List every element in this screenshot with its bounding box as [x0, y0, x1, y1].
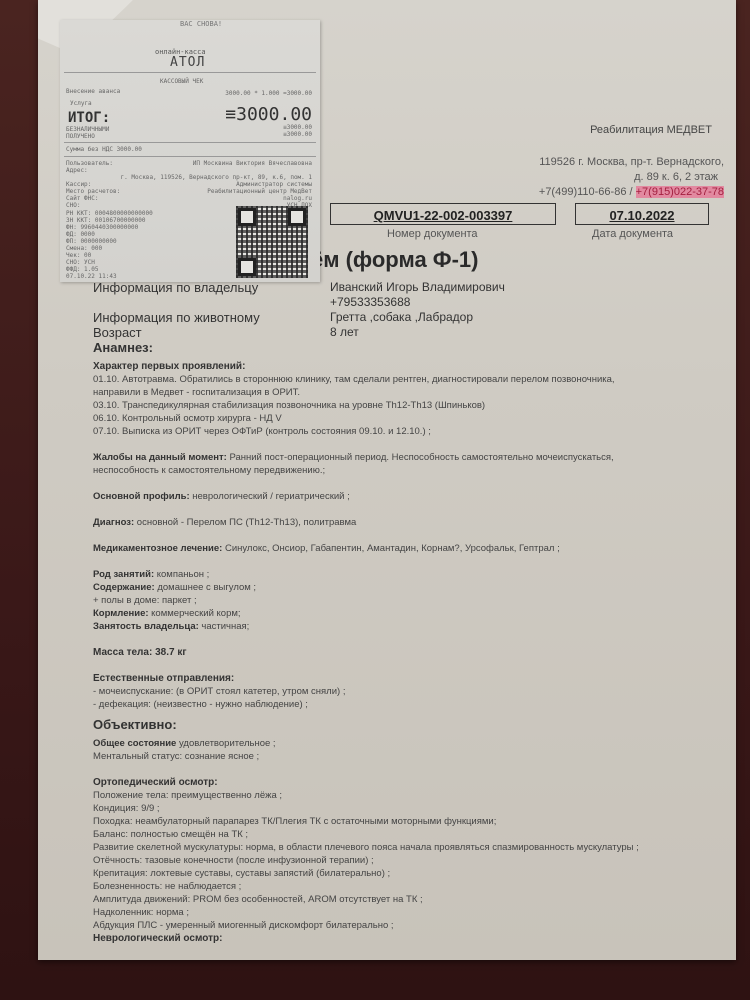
- receipt-vat: Сумма без НДС 3000.00: [66, 146, 142, 153]
- clinic-name: Реабилитация МЕДВЕТ: [590, 124, 712, 136]
- first-signs-line: 03.10. Транспедикулярная стабилизация по…: [93, 399, 733, 412]
- receipt-place: Реабилитационный центр МедВет: [207, 188, 312, 195]
- diagnosis-label: Диагноз:: [93, 517, 134, 528]
- objective-heading: Объективно:: [93, 717, 733, 732]
- ortho-line: Кондиция: 9/9 ;: [93, 802, 733, 815]
- age-value: 8 лет: [330, 325, 359, 339]
- occupation: Род занятий: компаньон ;: [93, 568, 733, 581]
- complaints-label: Жалобы на данный момент:: [93, 452, 227, 463]
- first-signs-line: 01.10. Автотравма. Обратились в сторонню…: [93, 373, 733, 386]
- document-number-box: QMVU1-22-002-003397: [330, 203, 556, 225]
- mental-status: Ментальный статус: сознание ясное ;: [93, 750, 733, 763]
- anamnesis-heading: Анамнез:: [93, 340, 733, 355]
- medications: Медикаментозное лечение: Синулокс, Онсио…: [93, 542, 733, 555]
- receipt-cashless: БЕЗНАЛИЧНЫМИ: [66, 126, 109, 133]
- first-signs-line: 06.10. Контрольный осмотр хирурга - НД V: [93, 412, 733, 425]
- feeding: Кормление: коммерческий корм;: [93, 607, 733, 620]
- document-date-label: Дата документа: [592, 228, 673, 240]
- ortho-line: Положение тела: преимущественно лёжа ;: [93, 789, 733, 802]
- qr-code: [236, 206, 308, 278]
- receipt-cashier: Администратор системы: [236, 181, 312, 188]
- owner-name: Иванский Игорь Владимирович: [330, 280, 505, 294]
- receipt-total-value: ≡3000.00: [225, 104, 312, 125]
- age-label: Возраст: [93, 325, 142, 340]
- receipt-site: nalog.ru: [283, 195, 312, 202]
- receipt-received: ПОЛУЧЕНО: [66, 133, 95, 140]
- receipt-type: КАССОВЫЙ ЧЕК: [160, 78, 203, 85]
- document-number-label: Номер документа: [387, 228, 478, 240]
- ortho-line: Крепитация: локтевые суставы, суставы за…: [93, 867, 733, 880]
- meds-label: Медикаментозное лечение:: [93, 543, 222, 554]
- ortho-line: Абдукция ПЛС - умеренный миогенный диско…: [93, 919, 733, 932]
- diagnosis: Диагноз: основной - Перелом ПС (Th12-Th1…: [93, 516, 733, 529]
- receipt-address: г. Москва, 119526, Вернадского пр-кт, 89…: [121, 174, 312, 181]
- clinic-address-line2: д. 89 к. 6, 2 этаж: [634, 171, 718, 183]
- clinic-phones: +7(499)110-66-86 / +7(915)022-37-78: [539, 186, 724, 198]
- owner-employment: Занятость владельца: частичная;: [93, 620, 733, 633]
- floors: + полы в доме: паркет ;: [93, 594, 733, 607]
- receipt-total-label: ИТОГ:: [68, 110, 110, 126]
- ortho-line: Болезненность: не наблюдается ;: [93, 880, 733, 893]
- general-state: Общее состояние удовлетворительное ;: [93, 737, 733, 750]
- clinic-address-line1: 119526 г. Москва, пр-т. Вернадского,: [539, 156, 724, 168]
- owner-label: Информация по владельцу: [93, 280, 258, 295]
- complaints-cont: неспособность к самостоятельному передви…: [93, 464, 733, 477]
- animal-label: Информация по животному: [93, 310, 260, 325]
- receipt-user: ИП Москвина Виктория Вячеславовна: [193, 160, 312, 167]
- receipt-fiscal: РН ККТ: 0004800000000000: [66, 210, 153, 217]
- clinic-phone-2-highlighted: +7(915)022-37-78: [636, 186, 724, 198]
- receipt-brand: АТОЛ: [170, 55, 205, 70]
- ortho-line: Развитие скелетной мускулатуры: норма, в…: [93, 841, 733, 854]
- ortho-line: Баланс: полностью смещён на ТК ;: [93, 828, 733, 841]
- neuro-heading: Неврологический осмотр:: [93, 932, 733, 945]
- document-date: 07.10.2022: [576, 208, 708, 223]
- ortho-line: Отёчность: тазовые конечности (после инф…: [93, 854, 733, 867]
- excretion-line: - дефекация: (неизвестно - нужно наблюде…: [93, 698, 733, 711]
- clinic-phone-1: +7(499)110-66-86 /: [539, 186, 636, 198]
- document-date-box: 07.10.2022: [575, 203, 709, 225]
- body-weight: Масса тела: 38.7 кг: [93, 646, 733, 659]
- first-signs-line: 07.10. Выписка из ОРИТ через ОФТиР (конт…: [93, 425, 733, 438]
- complaints: Жалобы на данный момент: Ранний пост-опе…: [93, 451, 733, 464]
- document-number: QMVU1-22-002-003397: [331, 208, 555, 223]
- receipt-item-calc: 3000.00 * 1.000 =3000.00: [225, 90, 312, 97]
- receipt-service: Услуга: [70, 100, 92, 107]
- cash-receipt: ВАС СНОВА! онлайн-касса АТОЛ КАССОВЫЙ ЧЕ…: [60, 20, 320, 282]
- animal-info: Гретта ,собака ,Лабрадор: [330, 310, 473, 324]
- main-profile: Основной профиль: неврологический / гери…: [93, 490, 733, 503]
- excretion-line: - мочеиспускание: (в ОРИТ стоял катетер,…: [93, 685, 733, 698]
- profile-label: Основной профиль:: [93, 491, 190, 502]
- receipt-received-value: ≡3000.00: [283, 131, 312, 138]
- ortho-line: Амплитуда движений: PROM без особенносте…: [93, 893, 733, 906]
- ortho-line: Походка: неамбулаторный парапарез ТК/Пле…: [93, 815, 733, 828]
- owner-phone: +79533353688: [330, 295, 410, 309]
- ortho-heading: Ортопедический осмотр:: [93, 776, 733, 789]
- receipt-item: Внесение аванса: [66, 88, 120, 95]
- excretion-heading: Естественные отправления:: [93, 672, 733, 685]
- housing: Содержание: домашнее с выгулом ;: [93, 581, 733, 594]
- first-signs-heading: Характер первых проявлений:: [93, 360, 733, 373]
- document-body: Анамнез: Характер первых проявлений: 01.…: [93, 340, 733, 945]
- receipt-top-text: ВАС СНОВА!: [180, 20, 222, 28]
- receipt-cashless-value: ≡3000.00: [283, 124, 312, 131]
- first-signs-line: направили в Медвет - госпитализация в ОР…: [93, 386, 733, 399]
- ortho-line: Надколенник: норма ;: [93, 906, 733, 919]
